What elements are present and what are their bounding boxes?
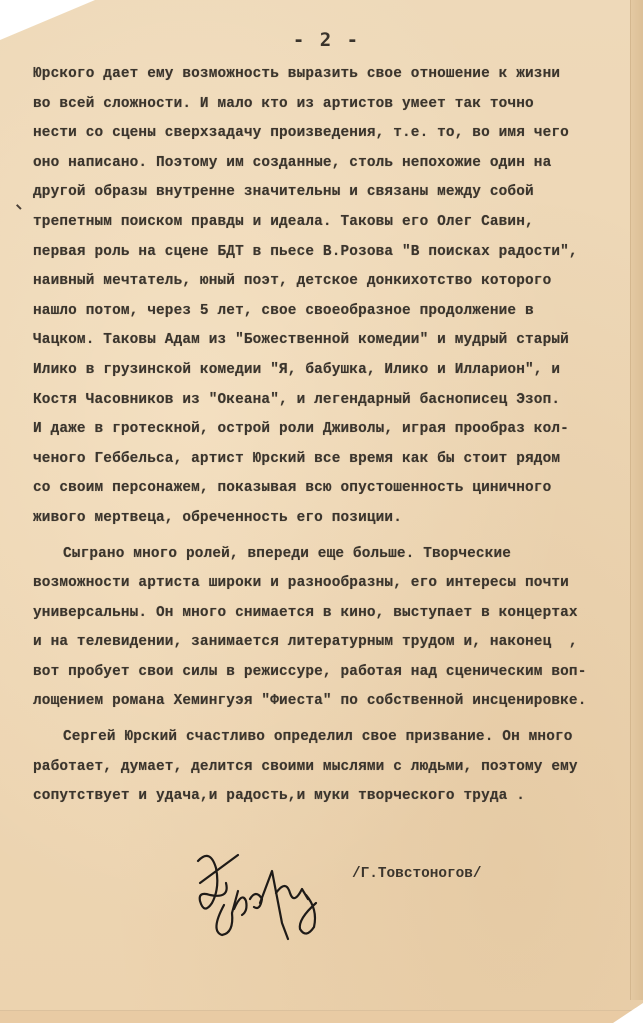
text-line: ченого Геббельса, артист Юрский все врем…	[33, 445, 633, 475]
text-line: Костя Часовников из "Океана", и легендар…	[33, 386, 633, 416]
text-line: лощением романа Хемингуэя "Фиеста" по со…	[33, 687, 633, 717]
document-body: Юрского дает ему возможность выразить св…	[33, 60, 633, 812]
signature-name: /Г.Товстоногов/	[352, 866, 482, 882]
text-line: первая роль на сцене БДТ в пьесе В.Розов…	[33, 238, 633, 268]
text-line: И даже в гротескной, острой роли Дживолы…	[33, 415, 633, 445]
stray-ink-mark	[16, 204, 21, 209]
text-line: нести со сцены сверхзадачу произведения,…	[33, 119, 633, 149]
text-line: трепетным поиском правды и идеала. Таков…	[33, 208, 633, 238]
text-line: Чацком. Таковы Адам из "Божественной ком…	[33, 326, 633, 356]
paragraph: Сергей Юрский счастливо определил свое п…	[33, 723, 633, 812]
text-line: и на телевидении, занимается литературны…	[33, 628, 633, 658]
page-number: - 2 -	[0, 29, 643, 51]
text-line: со своим персонажем, показывая всю опуст…	[33, 474, 633, 504]
text-line: во всей сложности. И мало кто из артисто…	[33, 90, 633, 120]
text-line: сопутствует и удача,и радость,и муки тво…	[33, 782, 633, 812]
page-bottom-edge	[0, 1010, 643, 1023]
typewritten-page: - 2 - Юрского дает ему возможность выраз…	[0, 0, 643, 1023]
text-line: вот пробует свои силы в режиссуре, работ…	[33, 658, 633, 688]
handwritten-signature-icon	[190, 843, 330, 943]
text-line: другой образы внутренне значительны и св…	[33, 178, 633, 208]
text-line: работает, думает, делится своими мыслями…	[33, 753, 633, 783]
text-line: универсальны. Он много снимается в кино,…	[33, 599, 633, 629]
text-line: живого мертвеца, обреченность его позици…	[33, 504, 633, 534]
text-line: Сыграно много ролей, впереди еще больше.…	[33, 540, 633, 570]
text-line: возможности артиста широки и разнообразн…	[33, 569, 633, 599]
paragraph: Юрского дает ему возможность выразить св…	[33, 60, 633, 534]
text-line: Юрского дает ему возможность выразить св…	[33, 60, 633, 90]
text-line: Илико в грузинской комедии "Я, бабушка, …	[33, 356, 633, 386]
text-line: наивный мечтатель, юный поэт, детское до…	[33, 267, 633, 297]
text-line: оно написано. Поэтому им созданные, стол…	[33, 149, 633, 179]
text-line: Сергей Юрский счастливо определил свое п…	[33, 723, 633, 753]
text-line: нашло потом, через 5 лет, свое своеобраз…	[33, 297, 633, 327]
paragraph: Сыграно много ролей, впереди еще больше.…	[33, 540, 633, 718]
